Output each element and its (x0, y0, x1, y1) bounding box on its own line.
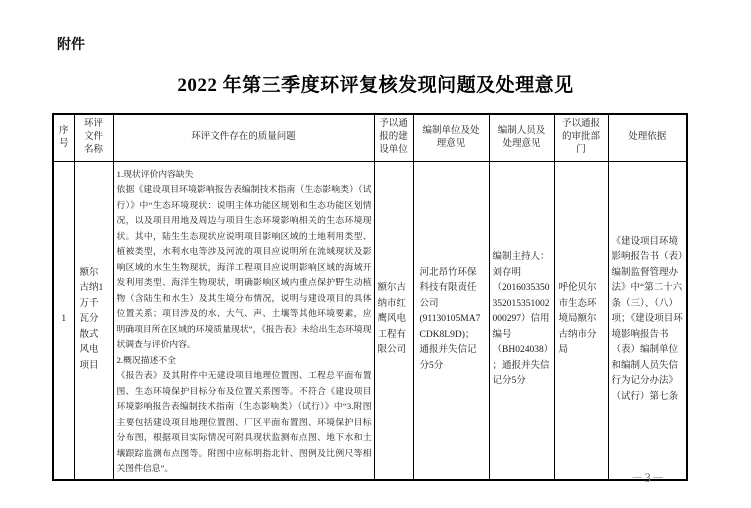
cell-basis: 《建设项目环境影响报告书（表）编制监督管理办法》中“第二十六条（三）、（八）项；… (608, 161, 687, 480)
header-problems: 环评文件存在的质量问题 (113, 114, 374, 161)
cell-index: 1 (53, 161, 74, 480)
table-row: 1 额尔古纳1万千瓦分散式风电项目 1.现状评价内容缺失 依据《建设项目环境影响… (53, 161, 687, 480)
cell-approval-dept: 呼伦贝尔市生态环境局额尔古纳市分局 (554, 161, 608, 480)
header-compiler-person: 编制人员及处理意见 (489, 114, 554, 161)
document-page: 附件 2022 年第三季度环评复核发现问题及处理意见 序号 环评文件名称 环评文… (0, 0, 751, 508)
header-doc-name: 环评文件名称 (74, 114, 113, 161)
header-index: 序号 (53, 114, 74, 161)
cell-compiler-person: 编制主持人：刘存明（2016035350352015351002000297）信… (489, 161, 554, 480)
review-table: 序号 环评文件名称 环评文件存在的质量问题 予以通报的建设单位 编制单位及处理意… (52, 113, 688, 481)
page-title: 2022 年第三季度环评复核发现问题及处理意见 (0, 70, 751, 97)
header-approval-dept: 予以通报的审批部门 (554, 114, 608, 161)
header-construction-unit: 予以通报的建设单位 (374, 114, 413, 161)
table-header-row: 序号 环评文件名称 环评文件存在的质量问题 予以通报的建设单位 编制单位及处理意… (53, 114, 687, 161)
header-basis: 处理依据 (608, 114, 687, 161)
attachment-label: 附件 (57, 34, 85, 54)
header-compiler-unit: 编制单位及处理意见 (413, 114, 489, 161)
cell-compiler-unit: 河北昂竹环保科技有限责任公司(91130105MA7CDK8L9D)；通报并失信… (413, 161, 489, 480)
cell-doc-name: 额尔古纳1万千瓦分散式风电项目 (74, 161, 113, 480)
page-number: －3－ (631, 468, 665, 486)
cell-problems: 1.现状评价内容缺失 依据《建设项目环境影响报告表编制技术指南（生态影响类）（试… (113, 161, 374, 480)
cell-construction-unit: 额尔古纳市红鹰风电工程有限公司 (374, 161, 413, 480)
